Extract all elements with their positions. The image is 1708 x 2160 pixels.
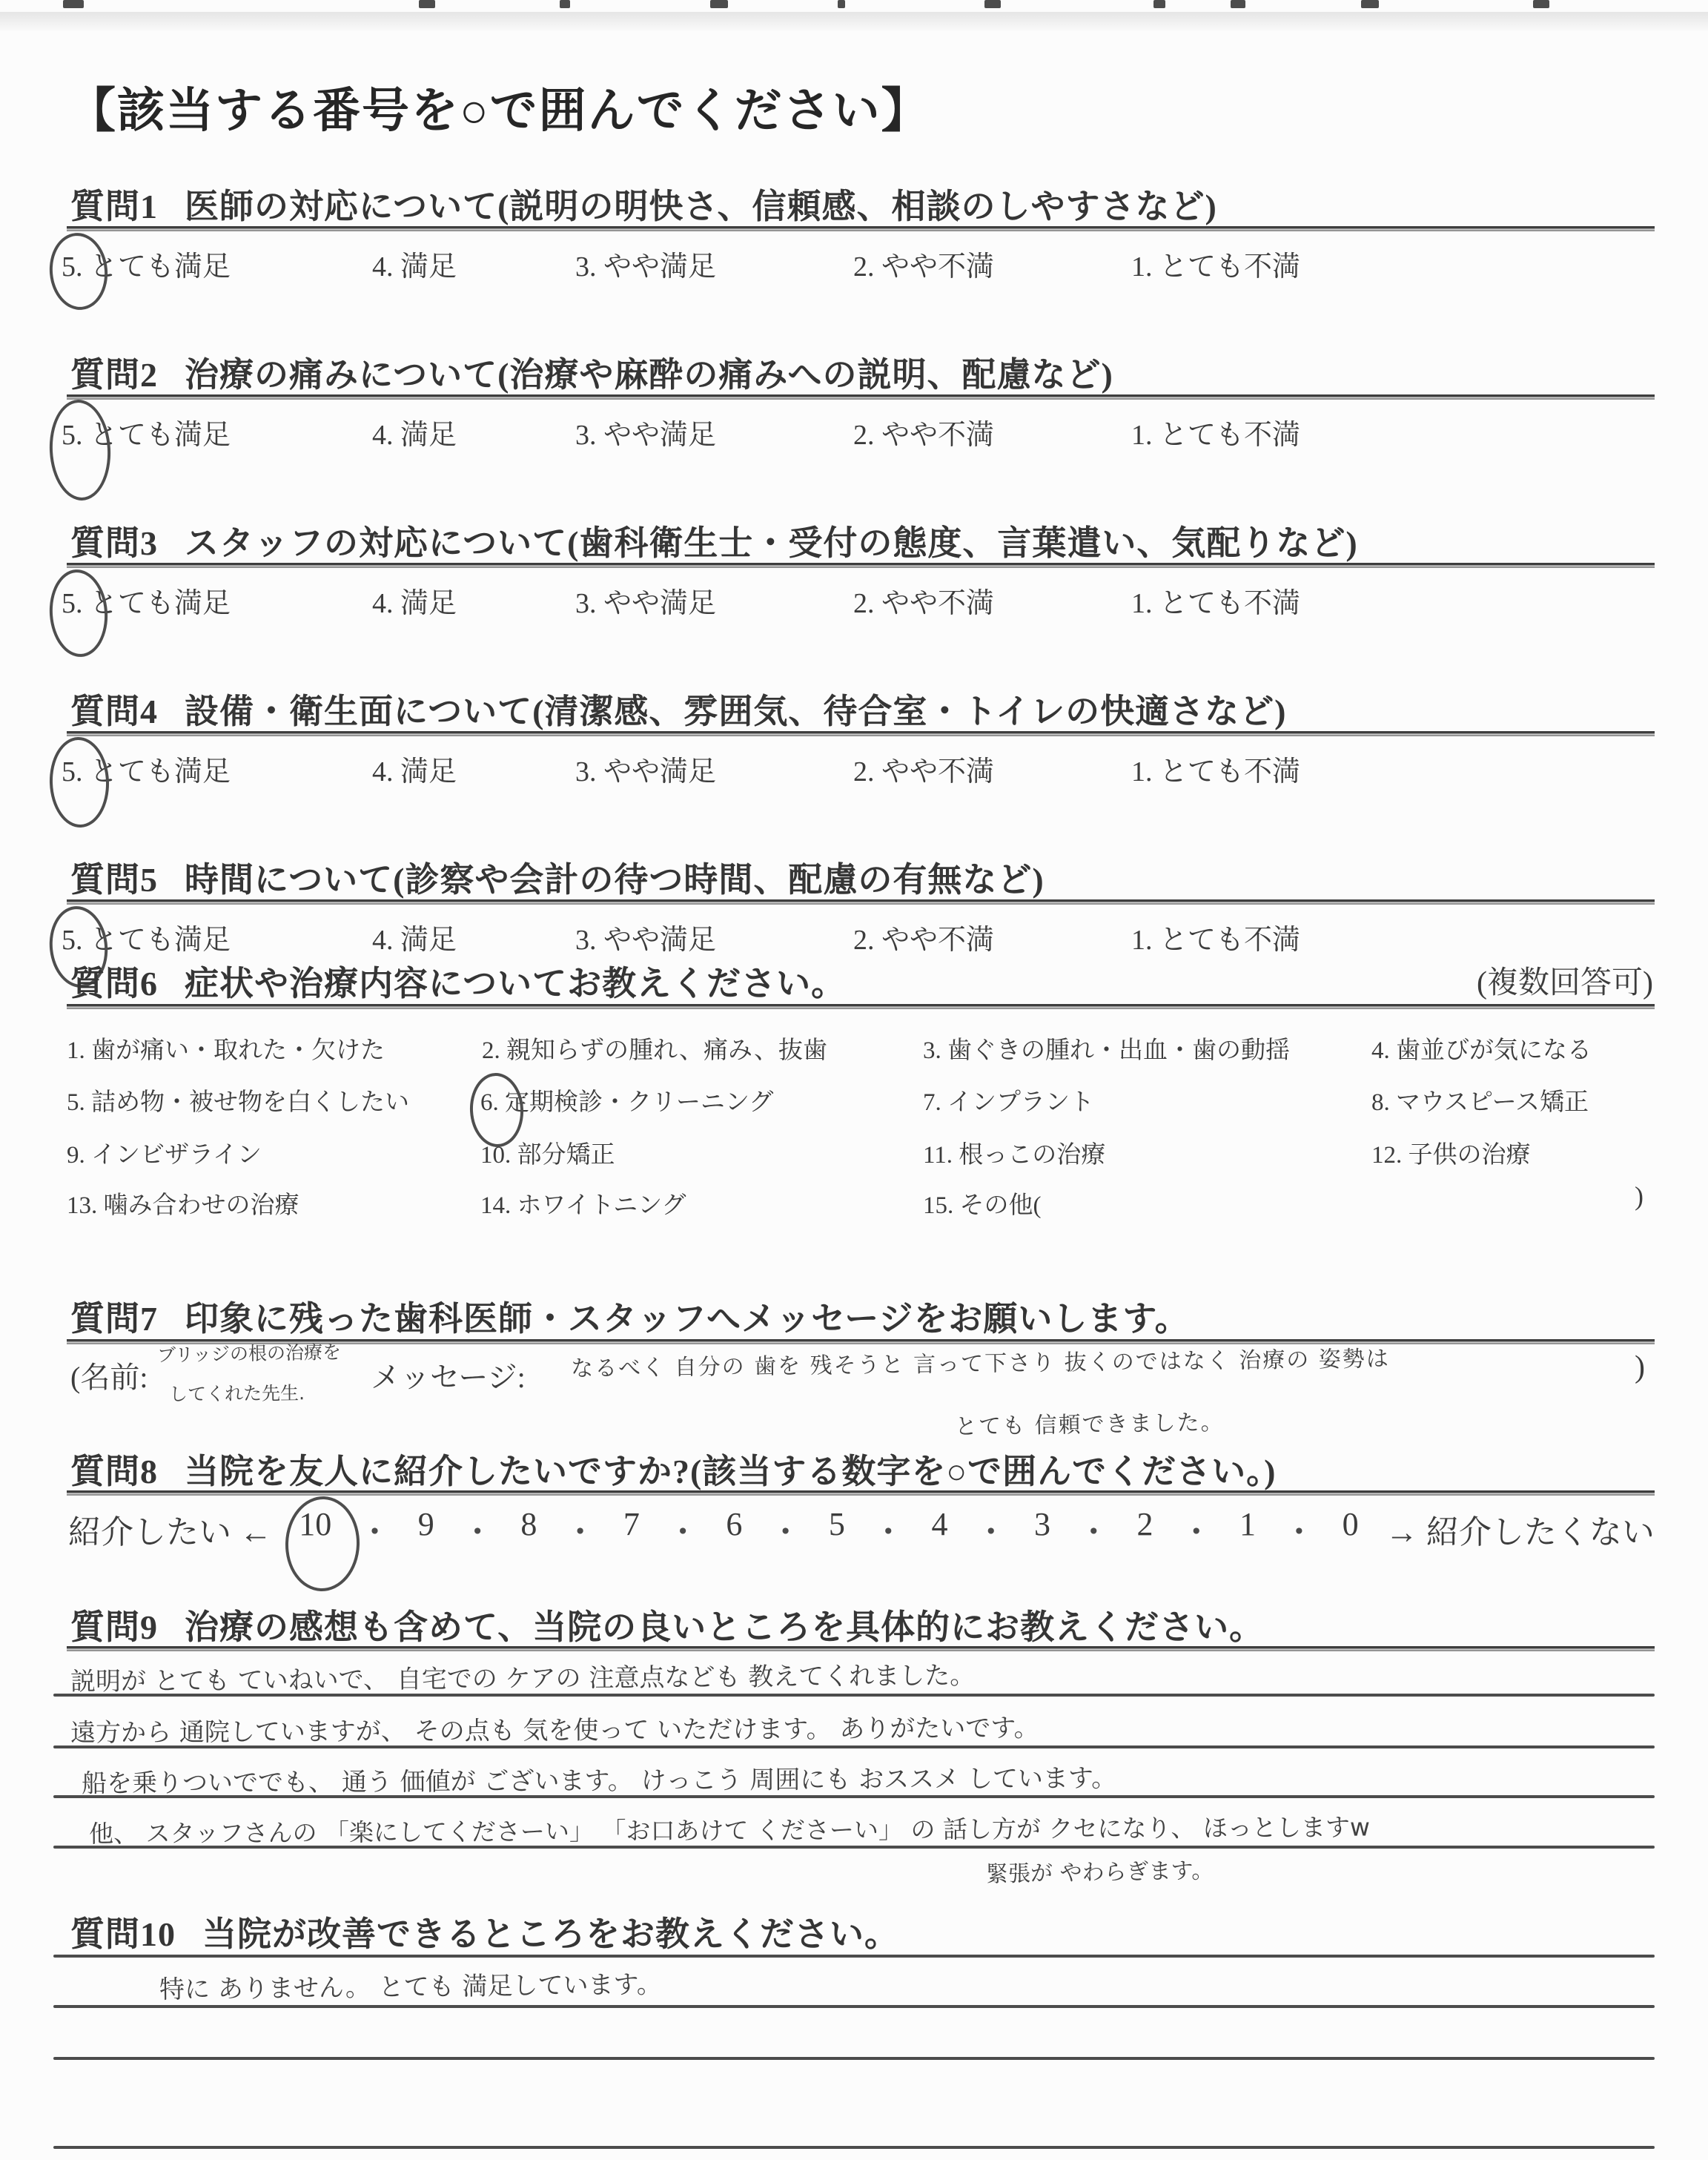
answer-ruled-line bbox=[53, 2146, 1655, 2149]
question-2-options: 5. とても満足 4. 満足 3. やや満足 2. やや不満 1. とても不満 bbox=[0, 412, 1708, 456]
answer-ruled-line bbox=[53, 1795, 1655, 1798]
handwritten-answer-line: 船を乗りついででも、 通う 価値が ございます。 けっこう 周囲にも おススメ … bbox=[82, 1757, 1116, 1799]
question-1-options: 5. とても満足 4. 満足 3. やや満足 2. やや不満 1. とても不満 bbox=[0, 243, 1708, 288]
rating-option-2: 2. やや不満 bbox=[853, 916, 994, 957]
scale-dot: ・ bbox=[872, 1505, 904, 1553]
scan-artifact bbox=[419, 0, 435, 8]
scanned-survey-document: 【該当する番号を○で囲んでください】 質問1医師の対応について(説明の明快さ、信… bbox=[0, 0, 1708, 2160]
q6-option-14: 14. ホワイトニング bbox=[480, 1186, 686, 1221]
question-title: 印象に残った歯科医師・スタッフへメッセージをお願いします。 bbox=[185, 1300, 1190, 1338]
rating-option-3: 3. やや満足 bbox=[575, 580, 716, 621]
handwritten-message-line2: とても 信頼できました。 bbox=[955, 1404, 1225, 1441]
rating-option-5: 5. とても満足 bbox=[62, 916, 231, 957]
question-title: 治療の痛みについて(治療や麻酔の痛みへの説明、配慮など) bbox=[185, 356, 1113, 394]
q6-option-2: 2. 親知らずの腫れ、痛み、抜歯 bbox=[482, 1031, 827, 1066]
question-label: 質問4 bbox=[70, 693, 158, 730]
answer-ruled-line bbox=[53, 2005, 1655, 2008]
rating-option-5: 5. とても満足 bbox=[62, 243, 231, 284]
scale-number-1: 1 bbox=[1239, 1505, 1256, 1543]
scale-dot: ・ bbox=[564, 1505, 597, 1553]
q6-option-12: 12. 子供の治療 bbox=[1371, 1135, 1531, 1170]
scale-number-5: 5 bbox=[829, 1505, 845, 1543]
question-4-header: 質問4設備・衛生面について(清潔感、雰囲気、待合室・トイレの快適さなど) bbox=[70, 684, 1286, 733]
scale-dot: ・ bbox=[1282, 1505, 1315, 1553]
q6-option-6: 6. 定期検診・クリーニング bbox=[480, 1083, 773, 1117]
rating-option-4: 4. 満足 bbox=[372, 916, 457, 957]
scale-number-3: 3 bbox=[1034, 1505, 1050, 1543]
scale-number-7: 7 bbox=[623, 1505, 640, 1543]
q6-option-5: 5. 詰め物・被せ物を白くしたい bbox=[67, 1083, 409, 1117]
scale-number-9: 9 bbox=[418, 1505, 434, 1543]
question-label: 質問7 bbox=[70, 1300, 158, 1338]
scale-dot: ・ bbox=[769, 1505, 802, 1553]
handwritten-answer-line: 説明が とても ていねいで、 自宅での ケアの 注意点なども 教えてくれました。 bbox=[70, 1655, 975, 1698]
question-6-header: 質問6症状や治療内容についてお教えください。 bbox=[70, 957, 846, 1005]
handwritten-name-line1: ブリッジの根の治療を bbox=[157, 1338, 342, 1367]
scale-dot: ・ bbox=[359, 1505, 391, 1553]
scale-dot: ・ bbox=[666, 1505, 699, 1553]
circle-annotation bbox=[284, 1495, 361, 1592]
question-title: 設備・衛生面について(清潔感、雰囲気、待合室・トイレの快適さなど) bbox=[185, 693, 1286, 730]
q6-option-13: 13. 噛み合わせの治療 bbox=[67, 1186, 299, 1221]
name-field-label: (名前: bbox=[70, 1354, 148, 1396]
rating-option-5: 5. とても満足 bbox=[62, 748, 231, 789]
message-field-label: メッセージ: bbox=[371, 1354, 526, 1396]
scale-left-label: 紹介したい ← bbox=[68, 1505, 272, 1553]
question-label: 質問2 bbox=[70, 356, 158, 394]
rating-option-3: 3. やや満足 bbox=[575, 748, 716, 789]
question-3-options: 5. とても満足 4. 満足 3. やや満足 2. やや不満 1. とても不満 bbox=[0, 580, 1708, 624]
answer-ruled-line bbox=[53, 1694, 1655, 1697]
scale-number-8: 8 bbox=[520, 1505, 537, 1543]
circle-annotation bbox=[48, 736, 110, 829]
answer-ruled-line bbox=[53, 2057, 1655, 2060]
q6-option-9: 9. インビザライン bbox=[67, 1135, 262, 1170]
header-underline bbox=[67, 899, 1655, 905]
rating-option-1: 1. とても不満 bbox=[1131, 243, 1300, 284]
header-underline bbox=[67, 731, 1655, 736]
scan-artifact bbox=[63, 0, 84, 8]
q6-option-3: 3. 歯ぐきの腫れ・出血・歯の動揺 bbox=[923, 1031, 1290, 1066]
question-title: 症状や治療内容についてお教えください。 bbox=[185, 965, 846, 1003]
question-2-header: 質問2治療の痛みについて(治療や麻酔の痛みへの説明、配慮など) bbox=[70, 348, 1113, 397]
scale-number-6: 6 bbox=[726, 1505, 742, 1543]
handwritten-answer-line: 特に ありません。 とても 満足しています。 bbox=[159, 1964, 662, 2005]
question-title: 当院を友人に紹介したいですか?(該当する数字を○で囲んでください。) bbox=[185, 1453, 1276, 1490]
question-title: スタッフの対応について(歯科衛生士・受付の態度、言葉遣い、気配りなど) bbox=[185, 524, 1358, 562]
scan-artifact bbox=[1361, 0, 1379, 8]
handwritten-answer-line: 他、 スタッフさんの 「楽にしてくださーい」 「お口あけて くださーい」 の 話… bbox=[89, 1808, 1370, 1849]
rating-option-4: 4. 満足 bbox=[372, 243, 457, 284]
header-underline bbox=[67, 1490, 1655, 1496]
scan-artifact bbox=[0, 12, 1708, 31]
question-1-header: 質問1医師の対応について(説明の明快さ、信頼感、相談のしやすさなど) bbox=[70, 179, 1217, 228]
question-label: 質問5 bbox=[70, 861, 158, 899]
scan-artifact bbox=[1533, 0, 1549, 8]
question-label: 質問1 bbox=[70, 188, 158, 225]
header-underline bbox=[67, 226, 1655, 231]
answer-ruled-line bbox=[53, 1745, 1655, 1748]
rating-option-3: 3. やや満足 bbox=[575, 412, 716, 452]
rating-option-3: 3. やや満足 bbox=[575, 243, 716, 284]
rating-option-5: 5. とても満足 bbox=[62, 412, 231, 452]
handwritten-answer-note: 緊張が やわらぎます。 bbox=[986, 1852, 1214, 1888]
question-4-options: 5. とても満足 4. 満足 3. やや満足 2. やや不満 1. とても不満 bbox=[0, 748, 1708, 793]
question-9-header: 質問9治療の感想も含めて、当院の良いところを具体的にお教えください。 bbox=[70, 1600, 1264, 1649]
scale-right-label: → 紹介したくない bbox=[1386, 1505, 1655, 1553]
question-label: 質問9 bbox=[70, 1608, 158, 1646]
question-title: 当院が改善できるところをお教えください。 bbox=[202, 1915, 899, 1953]
rating-option-3: 3. やや満足 bbox=[575, 916, 716, 957]
scale-number-4: 4 bbox=[931, 1505, 947, 1543]
multi-answer-note: (複数回答可) bbox=[1477, 958, 1653, 1003]
answer-ruled-line bbox=[53, 1846, 1655, 1849]
rating-option-4: 4. 満足 bbox=[372, 412, 457, 452]
header-underline bbox=[67, 563, 1655, 568]
handwritten-message-line1: なるべく 自分の 歯を 残そうと 言って下さり 抜くのではなく 治療の 姿勢は bbox=[571, 1340, 1390, 1382]
header-underline bbox=[53, 1955, 1655, 1958]
handwritten-answer-line: 遠方から 通院していますが、 その点も 気を使って いただけます。 ありがたいで… bbox=[70, 1708, 1039, 1749]
q6-option-8: 8. マウスピース矯正 bbox=[1371, 1083, 1589, 1117]
scan-artifact bbox=[1153, 0, 1165, 8]
question-8-header: 質問8当院を友人に紹介したいですか?(該当する数字を○で囲んでください。) bbox=[70, 1444, 1276, 1493]
question-7-header: 質問7印象に残った歯科医師・スタッフへメッセージをお願いします。 bbox=[70, 1292, 1190, 1341]
question-label: 質問10 bbox=[70, 1915, 176, 1953]
q6-option-11: 11. 根っこの治療 bbox=[923, 1135, 1105, 1170]
rating-option-1: 1. とても不満 bbox=[1131, 748, 1300, 789]
scale-number-10: 10 bbox=[299, 1505, 331, 1543]
rating-option-1: 1. とても不満 bbox=[1131, 916, 1300, 957]
question-title: 時間について(診察や会計の待つ時間、配慮の有無など) bbox=[185, 861, 1045, 899]
header-underline bbox=[67, 1004, 1655, 1009]
scan-artifact bbox=[984, 0, 1001, 8]
question-label: 質問3 bbox=[70, 524, 158, 562]
q6-option-7: 7. インプラント bbox=[923, 1083, 1094, 1117]
scale-number-0: 0 bbox=[1343, 1505, 1359, 1543]
handwritten-name-line2: してくれた先生. bbox=[169, 1378, 305, 1407]
scale-dot: ・ bbox=[975, 1505, 1007, 1553]
question-5-header: 質問5時間について(診察や会計の待つ時間、配慮の有無など) bbox=[70, 853, 1045, 902]
rating-option-4: 4. 満足 bbox=[372, 580, 457, 621]
scale-dot: ・ bbox=[1180, 1505, 1213, 1553]
scan-artifact bbox=[560, 0, 570, 8]
circle-annotation bbox=[47, 231, 111, 312]
q6-option-4: 4. 歯並びが気になる bbox=[1371, 1031, 1592, 1066]
recommend-scale: 紹介したい ← 10 ・ 9 ・ 8 ・ 7 ・ 6 ・ 5 ・ 4 ・ 3 ・… bbox=[68, 1505, 1655, 1553]
question-label: 質問6 bbox=[70, 965, 158, 1003]
rating-option-2: 2. やや不満 bbox=[853, 412, 994, 452]
question-label: 質問8 bbox=[70, 1453, 158, 1490]
scan-artifact bbox=[710, 0, 728, 8]
q7-close-paren: ) bbox=[1635, 1350, 1645, 1385]
question-3-header: 質問3スタッフの対応について(歯科衛生士・受付の態度、言葉遣い、気配りなど) bbox=[70, 516, 1358, 565]
question-title: 治療の感想も含めて、当院の良いところを具体的にお教えください。 bbox=[185, 1608, 1264, 1646]
rating-option-1: 1. とても不満 bbox=[1131, 412, 1300, 452]
q6-option-10: 10. 部分矯正 bbox=[480, 1135, 615, 1170]
question-10-header: 質問10当院が改善できるところをお教えください。 bbox=[70, 1907, 899, 1956]
rating-option-1: 1. とても不満 bbox=[1131, 580, 1300, 621]
scale-number-2: 2 bbox=[1137, 1505, 1153, 1543]
rating-option-5: 5. とても満足 bbox=[62, 580, 231, 621]
scale-dot: ・ bbox=[461, 1505, 494, 1553]
rating-option-2: 2. やや不満 bbox=[853, 580, 994, 621]
page-title: 【該当する番号を○で囲んでください】 bbox=[68, 73, 930, 141]
question-title: 医師の対応について(説明の明快さ、信頼感、相談のしやすさなど) bbox=[185, 188, 1217, 225]
rating-option-4: 4. 満足 bbox=[372, 748, 457, 789]
header-underline bbox=[67, 394, 1655, 400]
scale-dot: ・ bbox=[1077, 1505, 1110, 1553]
question-5-options: 5. とても満足 4. 満足 3. やや満足 2. やや不満 1. とても不満 bbox=[0, 916, 1708, 961]
circle-annotation bbox=[47, 567, 110, 658]
scan-artifact bbox=[838, 0, 845, 8]
q6-close-paren: ) bbox=[1635, 1180, 1644, 1212]
scan-artifact bbox=[1231, 0, 1245, 8]
rating-option-2: 2. やや不満 bbox=[853, 243, 994, 284]
q6-option-15: 15. その他( bbox=[923, 1186, 1042, 1221]
header-underline bbox=[67, 1646, 1655, 1651]
q6-option-1: 1. 歯が痛い・取れた・欠けた bbox=[67, 1031, 385, 1066]
circle-annotation bbox=[47, 398, 113, 502]
rating-option-2: 2. やや不満 bbox=[853, 748, 994, 789]
